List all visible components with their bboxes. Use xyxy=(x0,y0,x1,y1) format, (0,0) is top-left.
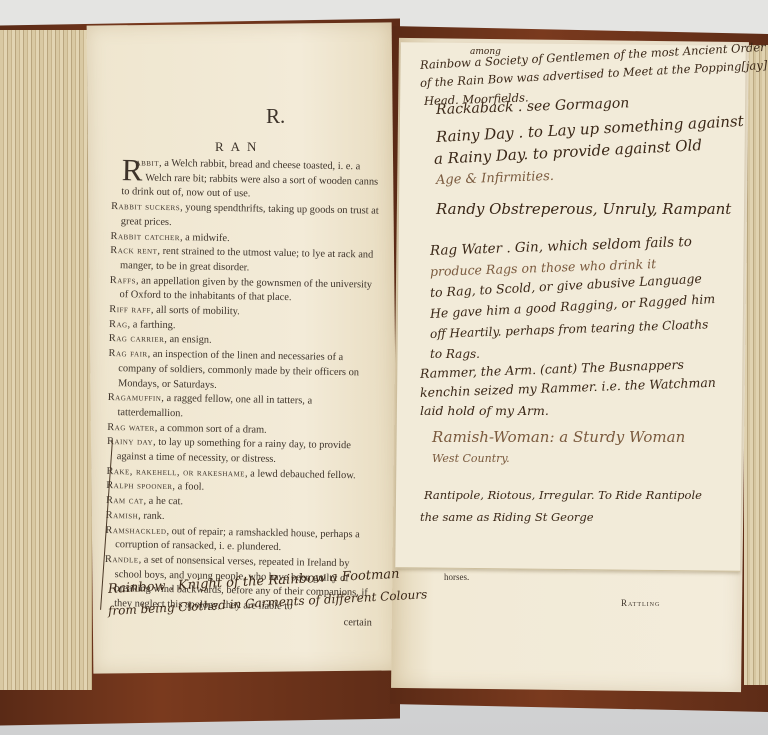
hw-rammer-line3: laid hold of my Arm. xyxy=(420,403,549,418)
entry: Raffs, an appellation given by the gowns… xyxy=(109,274,377,308)
dictionary-entries: Rabbit, a Welch rabbit, bread and cheese… xyxy=(104,156,380,631)
hw-rag-water-line6: to Rags. xyxy=(430,347,480,361)
hw-randy: Randy Obstreperous, Unruly, Rampant xyxy=(436,200,731,218)
running-head: RAN xyxy=(215,139,263,155)
entry: Ragamuffin, a ragged fellow, one all in … xyxy=(107,391,375,425)
hw-ramish-woman-line2: West Country. xyxy=(432,452,510,465)
section-letter: R. xyxy=(266,104,285,129)
entry: Ramshackled, out of repair; a ramshackle… xyxy=(105,524,373,558)
hw-rantipole-line2: the same as Riding St George xyxy=(420,510,594,524)
page-edges-left xyxy=(0,30,92,690)
hw-ramish-woman-line1: Ramish-Woman: a Sturdy Woman xyxy=(432,428,685,446)
catchword-right: Rattling xyxy=(621,598,660,608)
entry: Rabbit suckers, young spendthrifts, taki… xyxy=(111,200,379,234)
entry: Rack rent, rent strained to the utmost v… xyxy=(110,244,378,278)
printed-fragment: horses. xyxy=(444,572,469,582)
entry: Rainy day, to lay up something for a rai… xyxy=(107,435,375,469)
hw-rantipole-line1: Rantipole, Riotous, Irregular. To Ride R… xyxy=(424,488,702,502)
entry-rabbit: Rabbit, a Welch rabbit, bread and cheese… xyxy=(111,156,380,205)
entry: Rag fair, an inspection of the linen and… xyxy=(108,347,377,396)
